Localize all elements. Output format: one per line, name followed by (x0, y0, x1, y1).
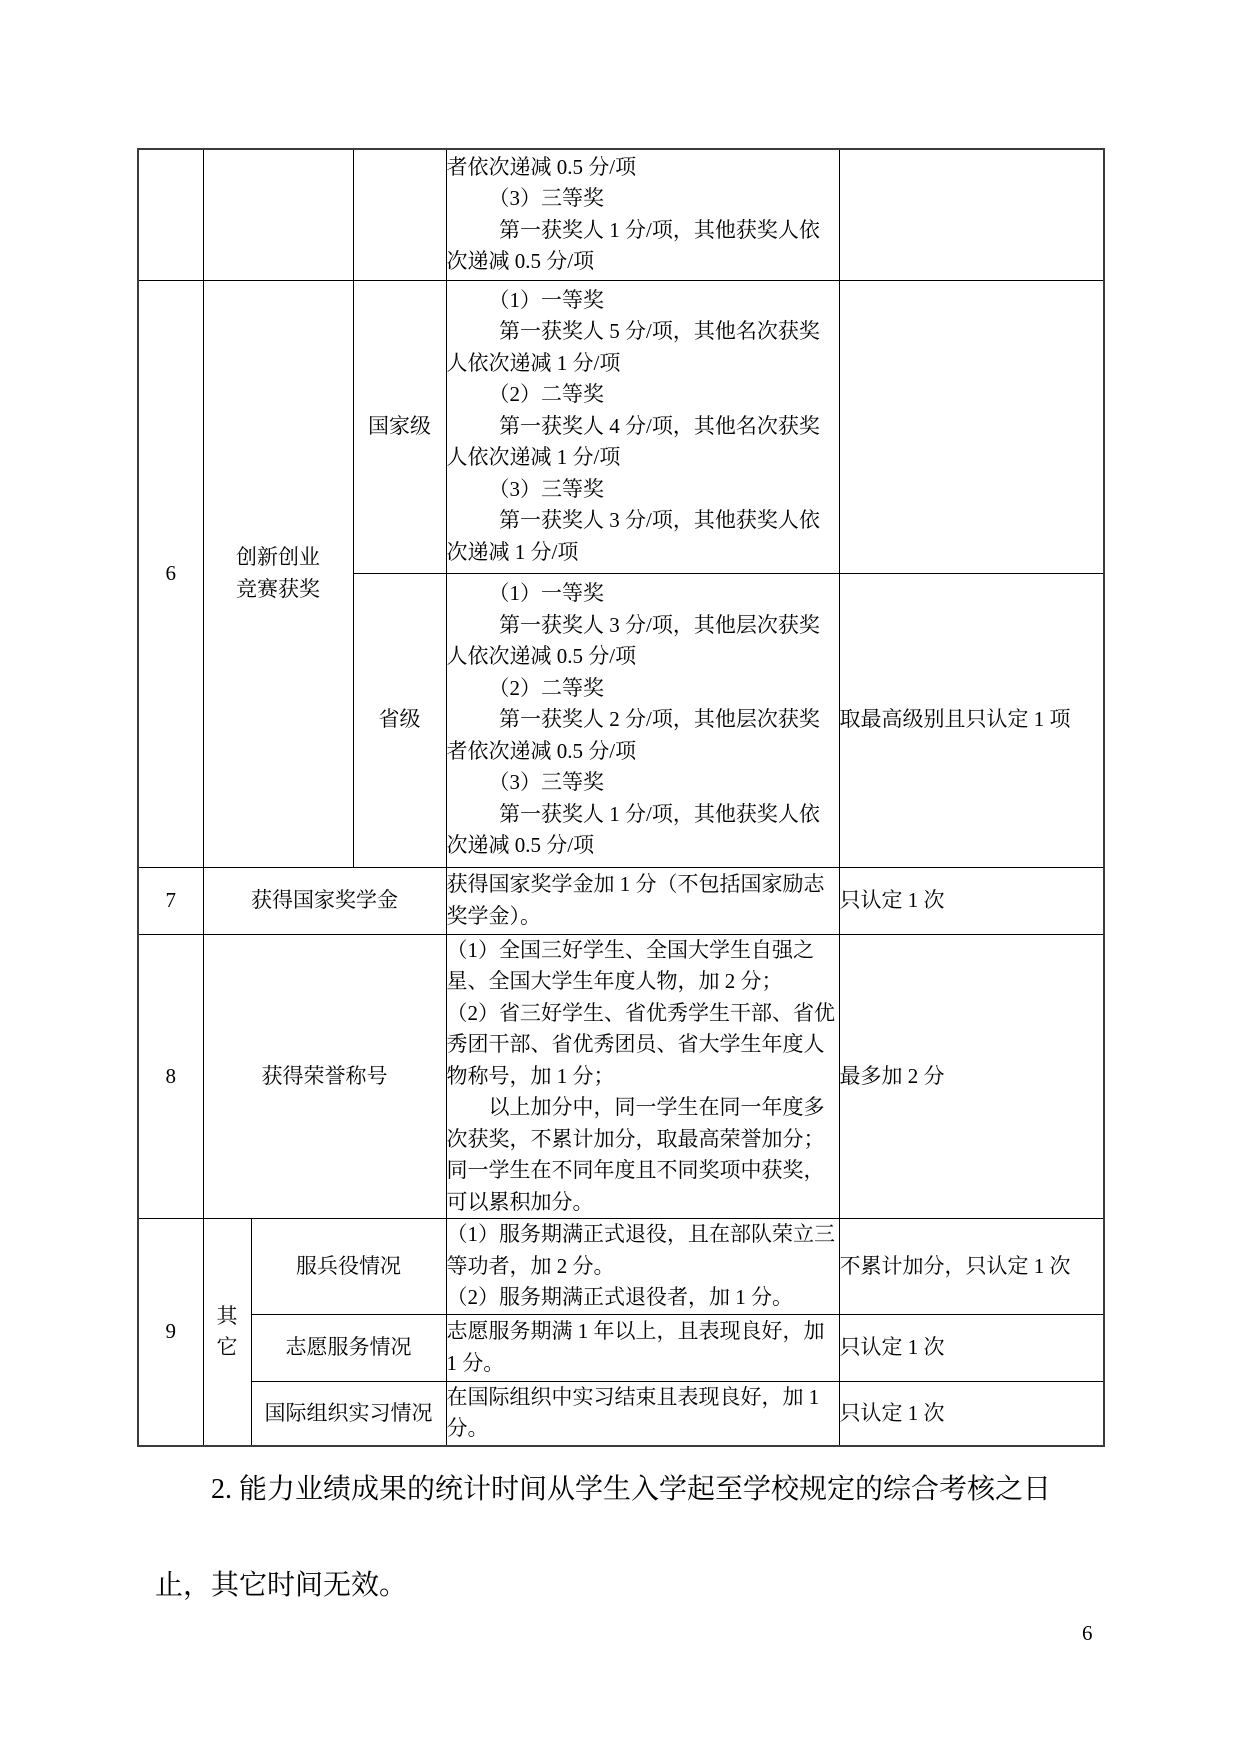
footer-line-1: 2. 能力业绩成果的统计时间从学生入学起至学校规定的综合考核之日 (155, 1470, 1085, 1510)
subcategory-label: 服兵役情况 (296, 1254, 401, 1278)
subcategory-cell: 国际组织实习情况 (251, 1381, 446, 1446)
table-row-8: 8 获得荣誉称号 （1）全国三好学生、全国大学生自强之星、全国大学生年度人物，加… (138, 934, 1104, 1219)
description-cell: （1）一等奖第一获奖人 3 分/项，其他层次获奖人依次递减 0.5 分/项（2）… (446, 573, 839, 867)
description-cell: （1）一等奖第一获奖人 5 分/项，其他名次获奖人依次递减 1 分/项（2）二等… (446, 280, 839, 573)
subcategory-cell: 服兵役情况 (251, 1219, 446, 1315)
level-label: 省级 (379, 707, 421, 731)
desc-paragraph: 第一获奖人 1 分/项，其他获奖人依次递减 0.5 分/项 (447, 215, 839, 278)
level-cell (353, 149, 446, 280)
row-number-cell (138, 149, 203, 280)
note-text: 只认定 1 次 (840, 888, 945, 912)
table-row-6-national: 6 创新创业 竞赛获奖 国家级 （1）一等奖第一获奖人 5 分/项，其他名次获奖… (138, 280, 1104, 573)
row-number-cell: 6 (138, 280, 203, 867)
description-cell: （1）服务期满正式退役，且在部队荣立三等功者，加 2 分。（2）服务期满正式退役… (446, 1219, 839, 1315)
desc-paragraph: 第一获奖人 4 分/项，其他名次获奖人依次递减 1 分/项 (447, 411, 839, 474)
category-cell: 获得荣誉称号 (203, 934, 446, 1219)
desc-paragraph: （2）服务期满正式退役者，加 1 分。 (447, 1282, 839, 1314)
desc-paragraph: 在国际组织中实习结束且表现良好，加 1 分。 (447, 1382, 839, 1445)
description-cell: 在国际组织中实习结束且表现良好，加 1 分。 (446, 1381, 839, 1446)
row-number: 7 (166, 888, 177, 912)
category-cell (203, 149, 353, 280)
desc-paragraph: （3）三等奖 (447, 474, 839, 506)
note-text: 最多加 2 分 (840, 1064, 945, 1088)
table-row-9-volunteer: 志愿服务情况 志愿服务期满 1 年以上，且表现良好，加 1 分。 只认定 1 次 (138, 1314, 1104, 1381)
subcategory-label: 志愿服务情况 (286, 1335, 412, 1359)
table-row-9-internship: 国际组织实习情况 在国际组织中实习结束且表现良好，加 1 分。 只认定 1 次 (138, 1381, 1104, 1446)
desc-paragraph: （2）二等奖 (447, 673, 839, 705)
row-number-cell: 9 (138, 1219, 203, 1447)
desc-paragraph: 第一获奖人 1 分/项，其他获奖人依次递减 0.5 分/项 (447, 799, 839, 862)
footer-line-2: 止，其它时间无效。 (155, 1566, 1085, 1606)
category-cell: 创新创业 竞赛获奖 (203, 280, 353, 867)
desc-paragraph: （2）省三好学生、省优秀学生干部、省优秀团干部、省优秀团员、省大学生年度人物称号… (447, 998, 839, 1093)
row-number-cell: 8 (138, 934, 203, 1219)
group-cell: 其它 (203, 1219, 251, 1447)
description-cell: 志愿服务期满 1 年以上，且表现良好，加 1 分。 (446, 1314, 839, 1381)
desc-paragraph: （1）一等奖 (447, 578, 839, 610)
desc-paragraph: 以上加分中，同一学生在同一年度多次获奖，不累计加分，取最高荣誉加分；同一学生在不… (447, 1092, 839, 1218)
desc-paragraph: （1）服务期满正式退役，且在部队荣立三等功者，加 2 分。 (447, 1219, 839, 1282)
row-number: 8 (166, 1064, 177, 1088)
desc-paragraph: 第一获奖人 5 分/项，其他名次获奖人依次递减 1 分/项 (447, 316, 839, 379)
note-cell: 只认定 1 次 (839, 1314, 1104, 1381)
document-page: 者依次递减 0.5 分/项（3）三等奖第一获奖人 1 分/项，其他获奖人依次递减… (0, 0, 1241, 1754)
desc-paragraph: （1）一等奖 (447, 285, 839, 317)
description-cell: 者依次递减 0.5 分/项（3）三等奖第一获奖人 1 分/项，其他获奖人依次递减… (446, 149, 839, 280)
table-row-5-continued: 者依次递减 0.5 分/项（3）三等奖第一获奖人 1 分/项，其他获奖人依次递减… (138, 149, 1104, 280)
description-cell: 获得国家奖学金加 1 分（不包括国家励志奖学金）。 (446, 867, 839, 934)
desc-paragraph: 第一获奖人 2 分/项，其他层次获奖者依次递减 0.5 分/项 (447, 704, 839, 767)
note-text: 只认定 1 次 (840, 1335, 945, 1359)
note-cell: 只认定 1 次 (839, 1381, 1104, 1446)
note-text: 取最高级别且只认定 1 项 (840, 707, 1071, 731)
category-label: 获得国家奖学金 (251, 888, 398, 912)
level-cell: 国家级 (353, 280, 446, 573)
category-label: 获得荣誉称号 (262, 1064, 388, 1088)
footer-paragraph: 2. 能力业绩成果的统计时间从学生入学起至学校规定的综合考核之日 止，其它时间无… (155, 1470, 1085, 1606)
note-cell (839, 149, 1104, 280)
subcategory-cell: 志愿服务情况 (251, 1314, 446, 1381)
table-row-9-military: 9 其它 服兵役情况 （1）服务期满正式退役，且在部队荣立三等功者，加 2 分。… (138, 1219, 1104, 1315)
row-number: 6 (166, 561, 177, 585)
group-label: 其它 (216, 1301, 238, 1363)
level-label: 国家级 (368, 414, 431, 438)
desc-paragraph: 第一获奖人 3 分/项，其他层次获奖人依次递减 0.5 分/项 (447, 610, 839, 673)
desc-paragraph: （3）三等奖 (447, 183, 839, 215)
category-label-line2: 竞赛获奖 (204, 574, 353, 606)
subcategory-label: 国际组织实习情况 (265, 1401, 433, 1425)
row-number-cell: 7 (138, 867, 203, 934)
category-label-line1: 创新创业 (204, 542, 353, 574)
note-cell: 最多加 2 分 (839, 934, 1104, 1219)
note-text: 只认定 1 次 (840, 1401, 945, 1425)
desc-paragraph: （3）三等奖 (447, 767, 839, 799)
page-number: 6 (1082, 1620, 1093, 1646)
row-number: 9 (166, 1319, 177, 1343)
desc-paragraph: 者依次递减 0.5 分/项 (447, 152, 839, 184)
category-cell: 获得国家奖学金 (203, 867, 446, 934)
note-cell: 只认定 1 次 (839, 867, 1104, 934)
level-cell: 省级 (353, 573, 446, 867)
desc-paragraph: （1）全国三好学生、全国大学生自强之星、全国大学生年度人物，加 2 分； (447, 935, 839, 998)
desc-paragraph: 获得国家奖学金加 1 分（不包括国家励志奖学金）。 (447, 869, 839, 932)
desc-paragraph: 第一获奖人 3 分/项，其他获奖人依次递减 1 分/项 (447, 505, 839, 568)
description-cell: （1）全国三好学生、全国大学生自强之星、全国大学生年度人物，加 2 分；（2）省… (446, 934, 839, 1219)
desc-paragraph: 志愿服务期满 1 年以上，且表现良好，加 1 分。 (447, 1316, 839, 1379)
note-cell (839, 280, 1104, 573)
table-row-7: 7 获得国家奖学金 获得国家奖学金加 1 分（不包括国家励志奖学金）。 只认定 … (138, 867, 1104, 934)
note-cell: 取最高级别且只认定 1 项 (839, 573, 1104, 867)
note-cell: 不累计加分，只认定 1 次 (839, 1219, 1104, 1315)
note-text: 不累计加分，只认定 1 次 (840, 1254, 1071, 1278)
desc-paragraph: （2）二等奖 (447, 379, 839, 411)
scoring-table: 者依次递减 0.5 分/项（3）三等奖第一获奖人 1 分/项，其他获奖人依次递减… (137, 148, 1105, 1447)
